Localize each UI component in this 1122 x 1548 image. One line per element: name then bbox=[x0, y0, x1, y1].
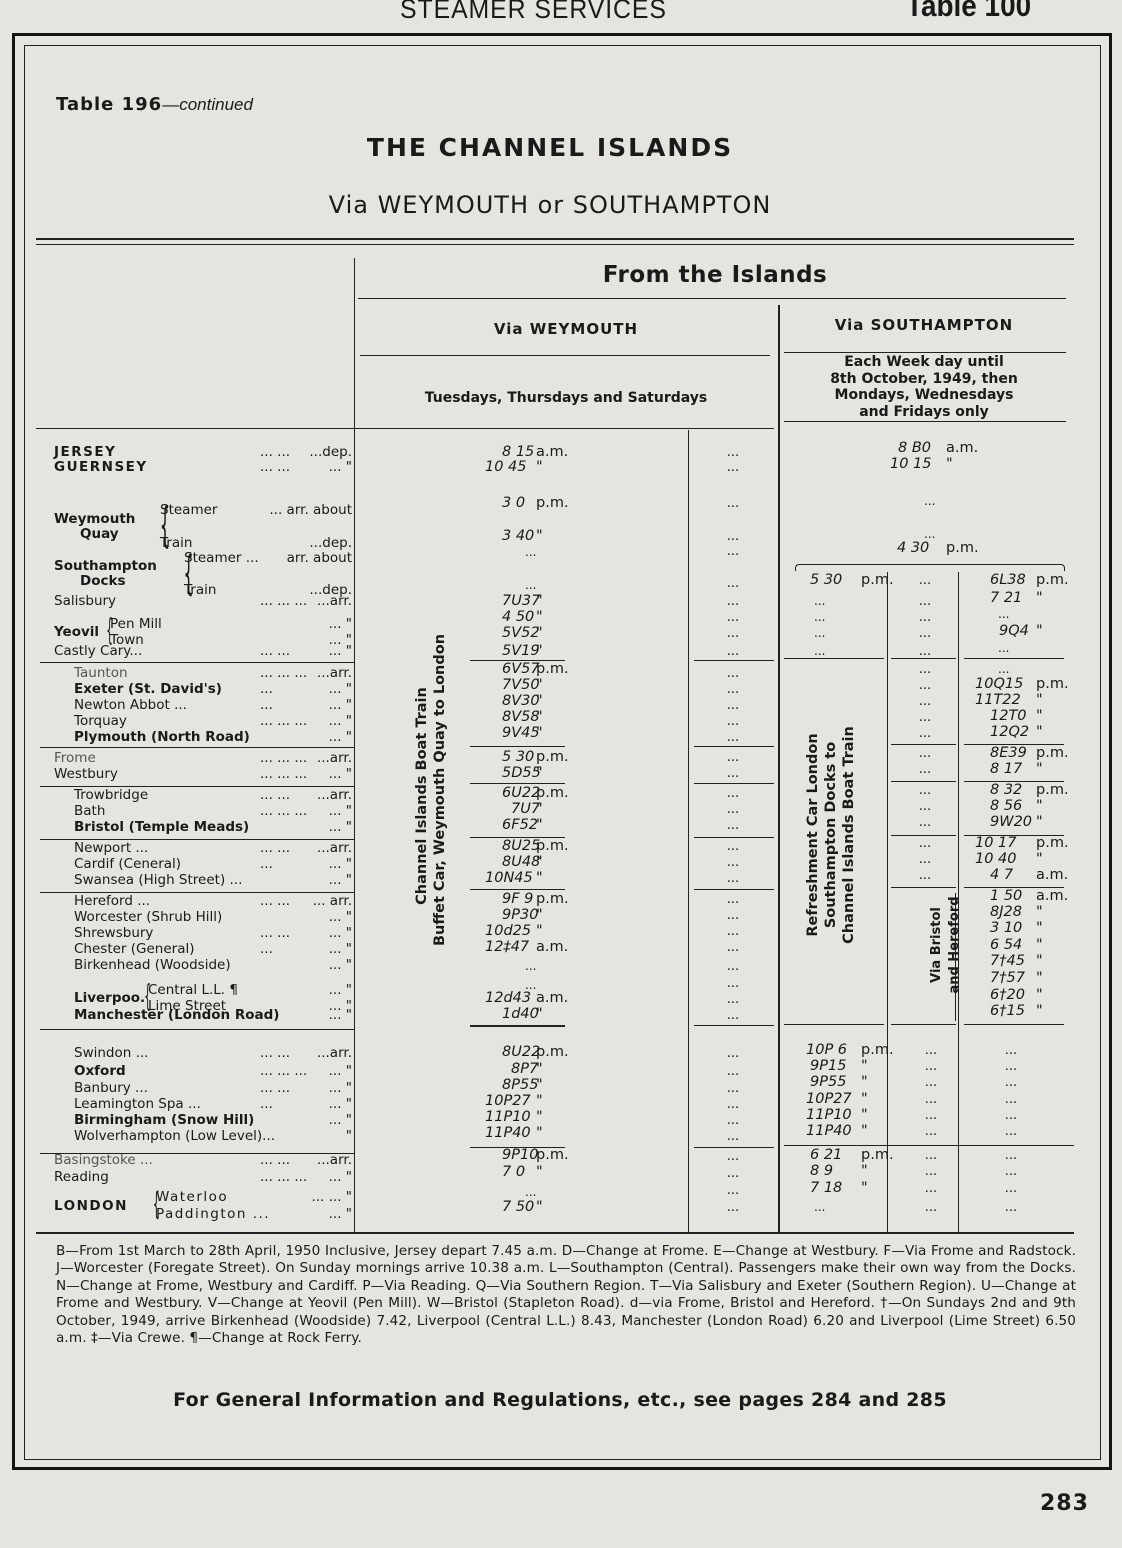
arr-dep-marker: ... " bbox=[329, 873, 352, 888]
leader-dots: ... bbox=[260, 942, 273, 957]
section-divider bbox=[40, 662, 354, 663]
time-unit: p.m. bbox=[536, 892, 569, 907]
time-value: 5 30 bbox=[502, 749, 534, 765]
station-name: Yeovil bbox=[54, 625, 99, 640]
leader-dots: ... bbox=[260, 698, 273, 713]
station-sub-name: Paddington ... bbox=[156, 1207, 270, 1222]
time-value: 8P7 bbox=[511, 1061, 538, 1077]
no-service: ... bbox=[916, 1148, 946, 1163]
time-cell: 3 10" bbox=[990, 921, 1022, 936]
time-cell: 8V58" bbox=[502, 710, 540, 725]
no-service: ... bbox=[718, 871, 748, 886]
time-cell: 6U22p.m. bbox=[502, 786, 540, 801]
time-unit: " bbox=[536, 626, 543, 641]
station-row: Taunton... ... ......arr. bbox=[54, 666, 354, 681]
via-bristol-note: Via Bristol and Hereford bbox=[928, 890, 964, 1000]
time-unit: " bbox=[536, 1110, 543, 1125]
time-cell: 12T0" bbox=[990, 709, 1027, 724]
arr-dep-marker: " bbox=[346, 1129, 352, 1144]
time-cell: 9F 9p.m. bbox=[502, 892, 533, 907]
time-value: 6 54 bbox=[990, 937, 1022, 953]
station-row: WeymouthQuay{SteamerTrain... arr. about.… bbox=[54, 501, 354, 551]
station-name: Oxford bbox=[74, 1064, 126, 1079]
time-unit: a.m. bbox=[1036, 868, 1068, 883]
divider bbox=[694, 660, 774, 661]
time-value: 10 15 bbox=[890, 456, 932, 472]
time-cell: 10 15" bbox=[890, 457, 932, 472]
time-unit: " bbox=[536, 644, 543, 659]
station-row: Wolverhampton (Low Level)... " bbox=[54, 1129, 354, 1144]
column-divider bbox=[778, 305, 780, 1233]
station-name: Trowbridge bbox=[74, 788, 148, 803]
time-unit: p.m. bbox=[536, 750, 569, 765]
time-cell: 7V50" bbox=[502, 678, 540, 693]
time-cell: 4 7a.m. bbox=[990, 868, 1013, 883]
station-row: Plymouth (North Road)... " bbox=[54, 730, 354, 745]
station-name: Newton Abbot ... bbox=[74, 698, 187, 713]
no-service: ... bbox=[996, 1200, 1026, 1215]
no-service: ... bbox=[525, 1185, 536, 1199]
arr-dep-marker: ... " bbox=[329, 1081, 352, 1096]
time-cell: 12d43a.m. bbox=[485, 991, 531, 1006]
time-unit: a.m. bbox=[536, 940, 568, 955]
time-cell: 9Q4" bbox=[999, 624, 1029, 639]
no-service: ... bbox=[910, 746, 940, 761]
time-value: 5V19 bbox=[502, 643, 540, 659]
leader-dots: ... ... bbox=[260, 841, 290, 856]
station-row: Worcester (Shrub Hill)... " bbox=[54, 910, 354, 925]
leader-dots: ... ... bbox=[260, 788, 290, 803]
page-subtitle: Via WEYMOUTH or SOUTHAMPTON bbox=[0, 191, 1100, 219]
time-value: 11P10 bbox=[806, 1107, 852, 1123]
time-cell: 10P 6p.m. bbox=[806, 1043, 847, 1058]
time-cell: ... bbox=[910, 494, 935, 509]
no-service: ... bbox=[910, 594, 940, 609]
station-row: Manchester (London Road)... " bbox=[54, 1008, 354, 1023]
station-name: Reading bbox=[54, 1170, 109, 1185]
station-row: Leamington Spa ......... " bbox=[54, 1097, 354, 1112]
time-cell: 8 56" bbox=[990, 799, 1022, 814]
time-cell: 6L38p.m. bbox=[990, 573, 1026, 588]
no-service: ... bbox=[910, 644, 940, 659]
no-service: ... bbox=[996, 1059, 1026, 1074]
divider bbox=[358, 298, 1066, 299]
time-unit: p.m. bbox=[1036, 573, 1069, 588]
station-row: Hereford ...... ...... arr. bbox=[54, 894, 354, 909]
arr-dep-marker: ... " bbox=[329, 698, 352, 713]
station-name: Cardif (Ceneral) bbox=[74, 857, 181, 872]
time-value: 10 40 bbox=[975, 851, 1017, 867]
station-name: Bristol (Temple Meads) bbox=[74, 820, 249, 835]
time-value: 6F52 bbox=[502, 817, 538, 833]
time-value: 6V57 bbox=[502, 661, 540, 677]
leader-dots: ... ... ... bbox=[260, 804, 307, 819]
divider bbox=[470, 746, 565, 747]
arr-dep-marker: ... " bbox=[329, 1170, 352, 1185]
section-divider bbox=[40, 1153, 354, 1154]
no-service: ... bbox=[996, 1075, 1026, 1090]
station-sub-name: Waterloo bbox=[156, 1190, 228, 1205]
time-value: 7 21 bbox=[990, 590, 1022, 606]
divider bbox=[891, 744, 956, 745]
no-service: ... bbox=[718, 1149, 748, 1164]
time-value: 8U22 bbox=[502, 1044, 540, 1060]
no-service: ... bbox=[910, 710, 940, 725]
time-value: 9V45 bbox=[502, 725, 540, 741]
no-service: ... bbox=[996, 1148, 1026, 1163]
no-service: ... bbox=[718, 714, 748, 729]
station-row: Cardif (Ceneral)...... " bbox=[54, 857, 354, 872]
time-cell: 11P40" bbox=[485, 1126, 531, 1141]
leader-dots: ... ... bbox=[260, 1081, 290, 1096]
no-service: ... bbox=[718, 818, 748, 833]
no-service: ... bbox=[996, 1164, 1026, 1179]
no-service: ... bbox=[814, 626, 825, 640]
no-service: ... bbox=[916, 1075, 946, 1090]
leader-dots: ... ... ... bbox=[260, 1170, 307, 1185]
no-service: ... bbox=[718, 1166, 748, 1181]
divider bbox=[36, 244, 1074, 245]
time-value: 10N45 bbox=[485, 870, 533, 886]
time-value: 8E39 bbox=[990, 745, 1027, 761]
page-number: 283 bbox=[1040, 1491, 1089, 1516]
time-unit: " bbox=[536, 1007, 543, 1022]
time-cell: 3 0p.m. bbox=[502, 496, 525, 511]
station-name: GUERNSEY bbox=[54, 460, 148, 475]
time-value: 8 B0 bbox=[898, 440, 931, 456]
no-service: ... bbox=[924, 494, 935, 508]
time-unit: " bbox=[536, 766, 543, 781]
time-value: 6†20 bbox=[990, 987, 1025, 1003]
time-unit: " bbox=[536, 1062, 543, 1077]
station-name: Liverpoo. bbox=[74, 991, 145, 1006]
arr-dep-marker: ... " bbox=[329, 926, 352, 941]
station-name: Banbury ... bbox=[74, 1081, 148, 1096]
time-value: 6L38 bbox=[990, 572, 1026, 588]
time-cell: 6V57p.m. bbox=[502, 662, 540, 677]
time-value: 8U25 bbox=[502, 838, 540, 854]
leader-dots: ... ... bbox=[260, 460, 290, 475]
time-unit: " bbox=[1036, 1004, 1043, 1019]
station-row: Shrewsbury... ...... " bbox=[54, 926, 354, 941]
time-unit: p.m. bbox=[536, 1148, 569, 1163]
time-value: 7†45 bbox=[990, 953, 1025, 969]
no-service: ... bbox=[916, 1043, 946, 1058]
arr-dep-marker: ...arr. bbox=[317, 666, 352, 681]
arr-dep-marker: ... " bbox=[329, 617, 352, 632]
station-name: Basingstoke ... bbox=[54, 1153, 153, 1168]
column-divider bbox=[887, 572, 888, 1233]
time-value: 7 18 bbox=[810, 1180, 842, 1196]
station-row: Trowbridge... ......arr. bbox=[54, 788, 354, 803]
no-service: ... bbox=[996, 1108, 1026, 1123]
time-cell: ... bbox=[984, 641, 1009, 656]
station-row: Basingstoke ...... ......arr. bbox=[54, 1153, 354, 1168]
arr-dep-marker: ...arr. bbox=[317, 841, 352, 856]
leader-dots: ... ... bbox=[260, 445, 290, 460]
leader-dots: ... ... ... bbox=[260, 714, 307, 729]
time-value: 10 17 bbox=[975, 835, 1017, 851]
time-cell: ... bbox=[984, 662, 1009, 677]
time-value: 12d43 bbox=[485, 990, 531, 1006]
time-cell: 5V52" bbox=[502, 626, 540, 641]
time-cell: 9P55" bbox=[810, 1075, 846, 1090]
time-unit: " bbox=[861, 1108, 868, 1123]
station-row: Bristol (Temple Meads)... " bbox=[54, 820, 354, 835]
time-cell: 9P30" bbox=[502, 908, 538, 923]
divider bbox=[694, 1025, 774, 1026]
time-cell: 6F52" bbox=[502, 818, 538, 833]
time-cell: 10N45" bbox=[485, 871, 533, 886]
arr-dep-marker: ... " bbox=[329, 983, 352, 998]
arr-dep-marker: ...arr. bbox=[317, 788, 352, 803]
no-service: ... bbox=[718, 626, 748, 641]
time-cell: 6†15" bbox=[990, 1004, 1025, 1019]
station-name: Salisbury bbox=[54, 594, 116, 609]
arr-dep-marker: ...arr. bbox=[317, 1153, 352, 1168]
no-service: ... bbox=[718, 576, 748, 591]
divider bbox=[964, 658, 1064, 659]
time-unit: " bbox=[1036, 815, 1043, 830]
no-service: ... bbox=[718, 460, 748, 475]
station-sub-name: Central L.L. ¶ bbox=[148, 983, 238, 998]
time-value: 8J28 bbox=[990, 904, 1022, 920]
station-sub-name: Steamer ... bbox=[184, 551, 259, 566]
no-service: ... bbox=[718, 610, 748, 625]
time-value: 3 10 bbox=[990, 920, 1022, 936]
time-value: 3 0 bbox=[502, 495, 525, 511]
time-unit: a.m. bbox=[536, 991, 568, 1006]
arr-dep-marker: ...dep. bbox=[309, 445, 352, 460]
time-unit: " bbox=[1036, 591, 1043, 606]
station-row: Newport ...... ......arr. bbox=[54, 841, 354, 856]
station-row: LONDON{WaterlooPaddington ...... ... "..… bbox=[54, 1188, 354, 1222]
no-service: ... bbox=[910, 868, 940, 883]
time-cell: 8V30" bbox=[502, 694, 540, 709]
arr-dep-marker: ... " bbox=[329, 1097, 352, 1112]
time-unit: " bbox=[536, 818, 543, 833]
station-name: Hereford ... bbox=[74, 894, 150, 909]
arr-dep-marker: ... arr. bbox=[313, 894, 352, 909]
time-cell: 7U37" bbox=[502, 594, 540, 609]
time-unit: " bbox=[1036, 938, 1043, 953]
time-value: 11P40 bbox=[806, 1123, 852, 1139]
no-service: ... bbox=[910, 836, 940, 851]
no-service: ... bbox=[910, 626, 940, 641]
time-value: 8U48 bbox=[502, 854, 540, 870]
no-service: ... bbox=[718, 1113, 748, 1128]
time-unit: " bbox=[1036, 954, 1043, 969]
station-row: Birmingham (Snow Hill)... " bbox=[54, 1113, 354, 1128]
time-value: 9P10 bbox=[502, 1147, 538, 1163]
station-name: Taunton bbox=[74, 666, 128, 681]
time-cell: 10Q15p.m. bbox=[975, 677, 1023, 692]
no-service: ... bbox=[718, 786, 748, 801]
station-sub-name: Steamer bbox=[160, 503, 217, 518]
southampton-train-note: Refreshment Car London Southampton Docks… bbox=[804, 685, 858, 985]
no-service: ... bbox=[996, 1092, 1026, 1107]
no-service: ... bbox=[718, 924, 748, 939]
station-row: Newton Abbot ......... " bbox=[54, 698, 354, 713]
time-value: 9W20 bbox=[990, 814, 1032, 830]
divider bbox=[694, 783, 774, 784]
time-unit: " bbox=[536, 1094, 543, 1109]
time-unit: " bbox=[536, 529, 543, 544]
time-cell: 9P15" bbox=[810, 1059, 846, 1074]
divider bbox=[964, 1024, 1064, 1025]
no-service: ... bbox=[718, 730, 748, 745]
time-unit: p.m. bbox=[1036, 677, 1069, 692]
time-cell: 10 45" bbox=[485, 460, 527, 475]
time-value: 9P30 bbox=[502, 907, 538, 923]
station-name: Birkenhead (Woodside) bbox=[74, 958, 231, 973]
arr-dep-marker: ... " bbox=[329, 1008, 352, 1023]
no-service: ... bbox=[910, 815, 940, 830]
time-unit: " bbox=[1036, 799, 1043, 814]
no-service: ... bbox=[916, 1200, 946, 1215]
station-row: GUERNSEY... ...... " bbox=[54, 460, 354, 475]
time-unit: p.m. bbox=[1036, 783, 1069, 798]
time-cell: 8 B0a.m. bbox=[898, 441, 931, 456]
no-service: ... bbox=[718, 940, 748, 955]
time-value: 8 17 bbox=[990, 761, 1022, 777]
time-unit: " bbox=[1036, 624, 1043, 639]
arr-dep-marker: ... " bbox=[329, 910, 352, 925]
time-value: 3 40 bbox=[502, 528, 534, 544]
time-cell: 7†45" bbox=[990, 954, 1025, 969]
station-row: Reading... ... ...... " bbox=[54, 1170, 354, 1185]
no-service: ... bbox=[996, 1181, 1026, 1196]
no-service: ... bbox=[910, 678, 940, 693]
time-cell: 6 21p.m. bbox=[810, 1148, 842, 1163]
arr-dep-marker: ... " bbox=[329, 804, 352, 819]
time-unit: " bbox=[861, 1181, 868, 1196]
arr-dep-marker: ... arr. about bbox=[269, 503, 352, 518]
no-service: ... bbox=[718, 644, 748, 659]
station-name: Weymouth bbox=[54, 512, 135, 527]
time-unit: " bbox=[1036, 988, 1043, 1003]
brace bbox=[795, 564, 1065, 571]
footnotes: B—From 1st March to 28th April, 1950 Inc… bbox=[56, 1243, 1076, 1347]
no-service: ... bbox=[910, 852, 940, 867]
time-cell: 10 17p.m. bbox=[975, 836, 1017, 851]
time-cell: 7 18" bbox=[810, 1181, 842, 1196]
time-value: 8V58 bbox=[502, 709, 540, 725]
no-service: ... bbox=[910, 610, 940, 625]
time-unit: " bbox=[536, 694, 543, 709]
page-header: STEAMER SERVICES Table 100 bbox=[0, 0, 1122, 24]
section-divider bbox=[40, 839, 354, 840]
time-cell: 4 30p.m. bbox=[897, 541, 929, 556]
time-value: 6U22 bbox=[502, 785, 540, 801]
time-value: 7V50 bbox=[502, 677, 540, 693]
time-cell: 8E39p.m. bbox=[990, 746, 1027, 761]
arr-dep-marker: ...arr. bbox=[317, 594, 352, 609]
divider bbox=[694, 746, 774, 747]
time-cell: 12‡47a.m. bbox=[485, 940, 529, 955]
leader-dots: ... bbox=[260, 1097, 273, 1112]
no-service: ... bbox=[998, 607, 1009, 621]
station-name: JERSEY bbox=[54, 445, 116, 460]
column-divider bbox=[354, 258, 355, 1233]
time-value: 4 7 bbox=[990, 867, 1013, 883]
time-value: 1d40 bbox=[502, 1006, 539, 1022]
no-service: ... bbox=[525, 578, 536, 592]
time-cell: 10 40" bbox=[975, 852, 1017, 867]
southampton-days: Each Week day until 8th October, 1949, t… bbox=[782, 354, 1066, 420]
no-service: ... bbox=[910, 662, 940, 677]
station-name: Manchester (London Road) bbox=[74, 1008, 279, 1023]
divider bbox=[360, 355, 770, 356]
no-service: ... bbox=[924, 527, 935, 541]
arr-dep-marker: ... " bbox=[329, 857, 352, 872]
arr-dep-marker: ... " bbox=[329, 714, 352, 729]
time-value: 8 56 bbox=[990, 798, 1022, 814]
time-cell: 9W20" bbox=[990, 815, 1032, 830]
time-value: 9P15 bbox=[810, 1058, 846, 1074]
divider bbox=[891, 1024, 956, 1025]
arr-dep-marker: ... " bbox=[329, 1064, 352, 1079]
time-cell: 11P40" bbox=[806, 1124, 852, 1139]
time-cell: 7 50" bbox=[502, 1200, 534, 1215]
arr-dep-marker: ... " bbox=[329, 820, 352, 835]
time-cell: 7U7" bbox=[511, 802, 540, 817]
no-service: ... bbox=[814, 644, 825, 658]
no-service: ... bbox=[814, 1200, 825, 1214]
leader-dots: ... ... bbox=[260, 1153, 290, 1168]
station-name: Chester (General) bbox=[74, 942, 195, 957]
divider bbox=[470, 783, 565, 784]
station-row: Westbury... ... ...... " bbox=[54, 767, 354, 782]
no-service: ... bbox=[910, 783, 940, 798]
time-unit: a.m. bbox=[1036, 889, 1068, 904]
divider bbox=[694, 1147, 774, 1148]
no-service: ... bbox=[814, 610, 825, 624]
station-name: Swansea (High Street) ... bbox=[74, 873, 242, 888]
time-unit: " bbox=[1036, 693, 1043, 708]
time-value: 11P10 bbox=[485, 1109, 531, 1125]
no-service: ... bbox=[718, 959, 748, 974]
time-cell: 9V45" bbox=[502, 726, 540, 741]
station-row: Swansea (High Street) ...... " bbox=[54, 873, 354, 888]
time-value: 7 0 bbox=[502, 1164, 525, 1180]
station-name-line2: Quay bbox=[80, 527, 119, 542]
time-cell: 12Q2" bbox=[990, 725, 1029, 740]
no-service: ... bbox=[718, 544, 748, 559]
time-value: 9Q4 bbox=[999, 623, 1029, 639]
no-service: ... bbox=[916, 1092, 946, 1107]
time-cell: 8 15a.m. bbox=[502, 445, 534, 460]
time-unit: " bbox=[861, 1059, 868, 1074]
time-value: 8V30 bbox=[502, 693, 540, 709]
station-row: Bath... ... ...... " bbox=[54, 804, 354, 819]
time-cell: 3 40" bbox=[502, 529, 534, 544]
station-row: Frome... ... ......arr. bbox=[54, 751, 354, 766]
time-value: 6 21 bbox=[810, 1147, 842, 1163]
time-unit: " bbox=[536, 871, 543, 886]
section-divider bbox=[40, 892, 354, 893]
page-title: THE CHANNEL ISLANDS bbox=[0, 133, 1100, 162]
station-name: Bath bbox=[74, 804, 105, 819]
time-value: 1 50 bbox=[990, 888, 1022, 904]
station-row: Torquay... ... ...... " bbox=[54, 714, 354, 729]
station-row: Oxford... ... ...... " bbox=[54, 1064, 354, 1079]
section-divider bbox=[40, 747, 354, 748]
time-cell: 6†20" bbox=[990, 988, 1025, 1003]
time-unit: " bbox=[861, 1124, 868, 1139]
time-value: 10d25 bbox=[485, 923, 531, 939]
station-name: Exeter (St. David's) bbox=[74, 682, 222, 697]
